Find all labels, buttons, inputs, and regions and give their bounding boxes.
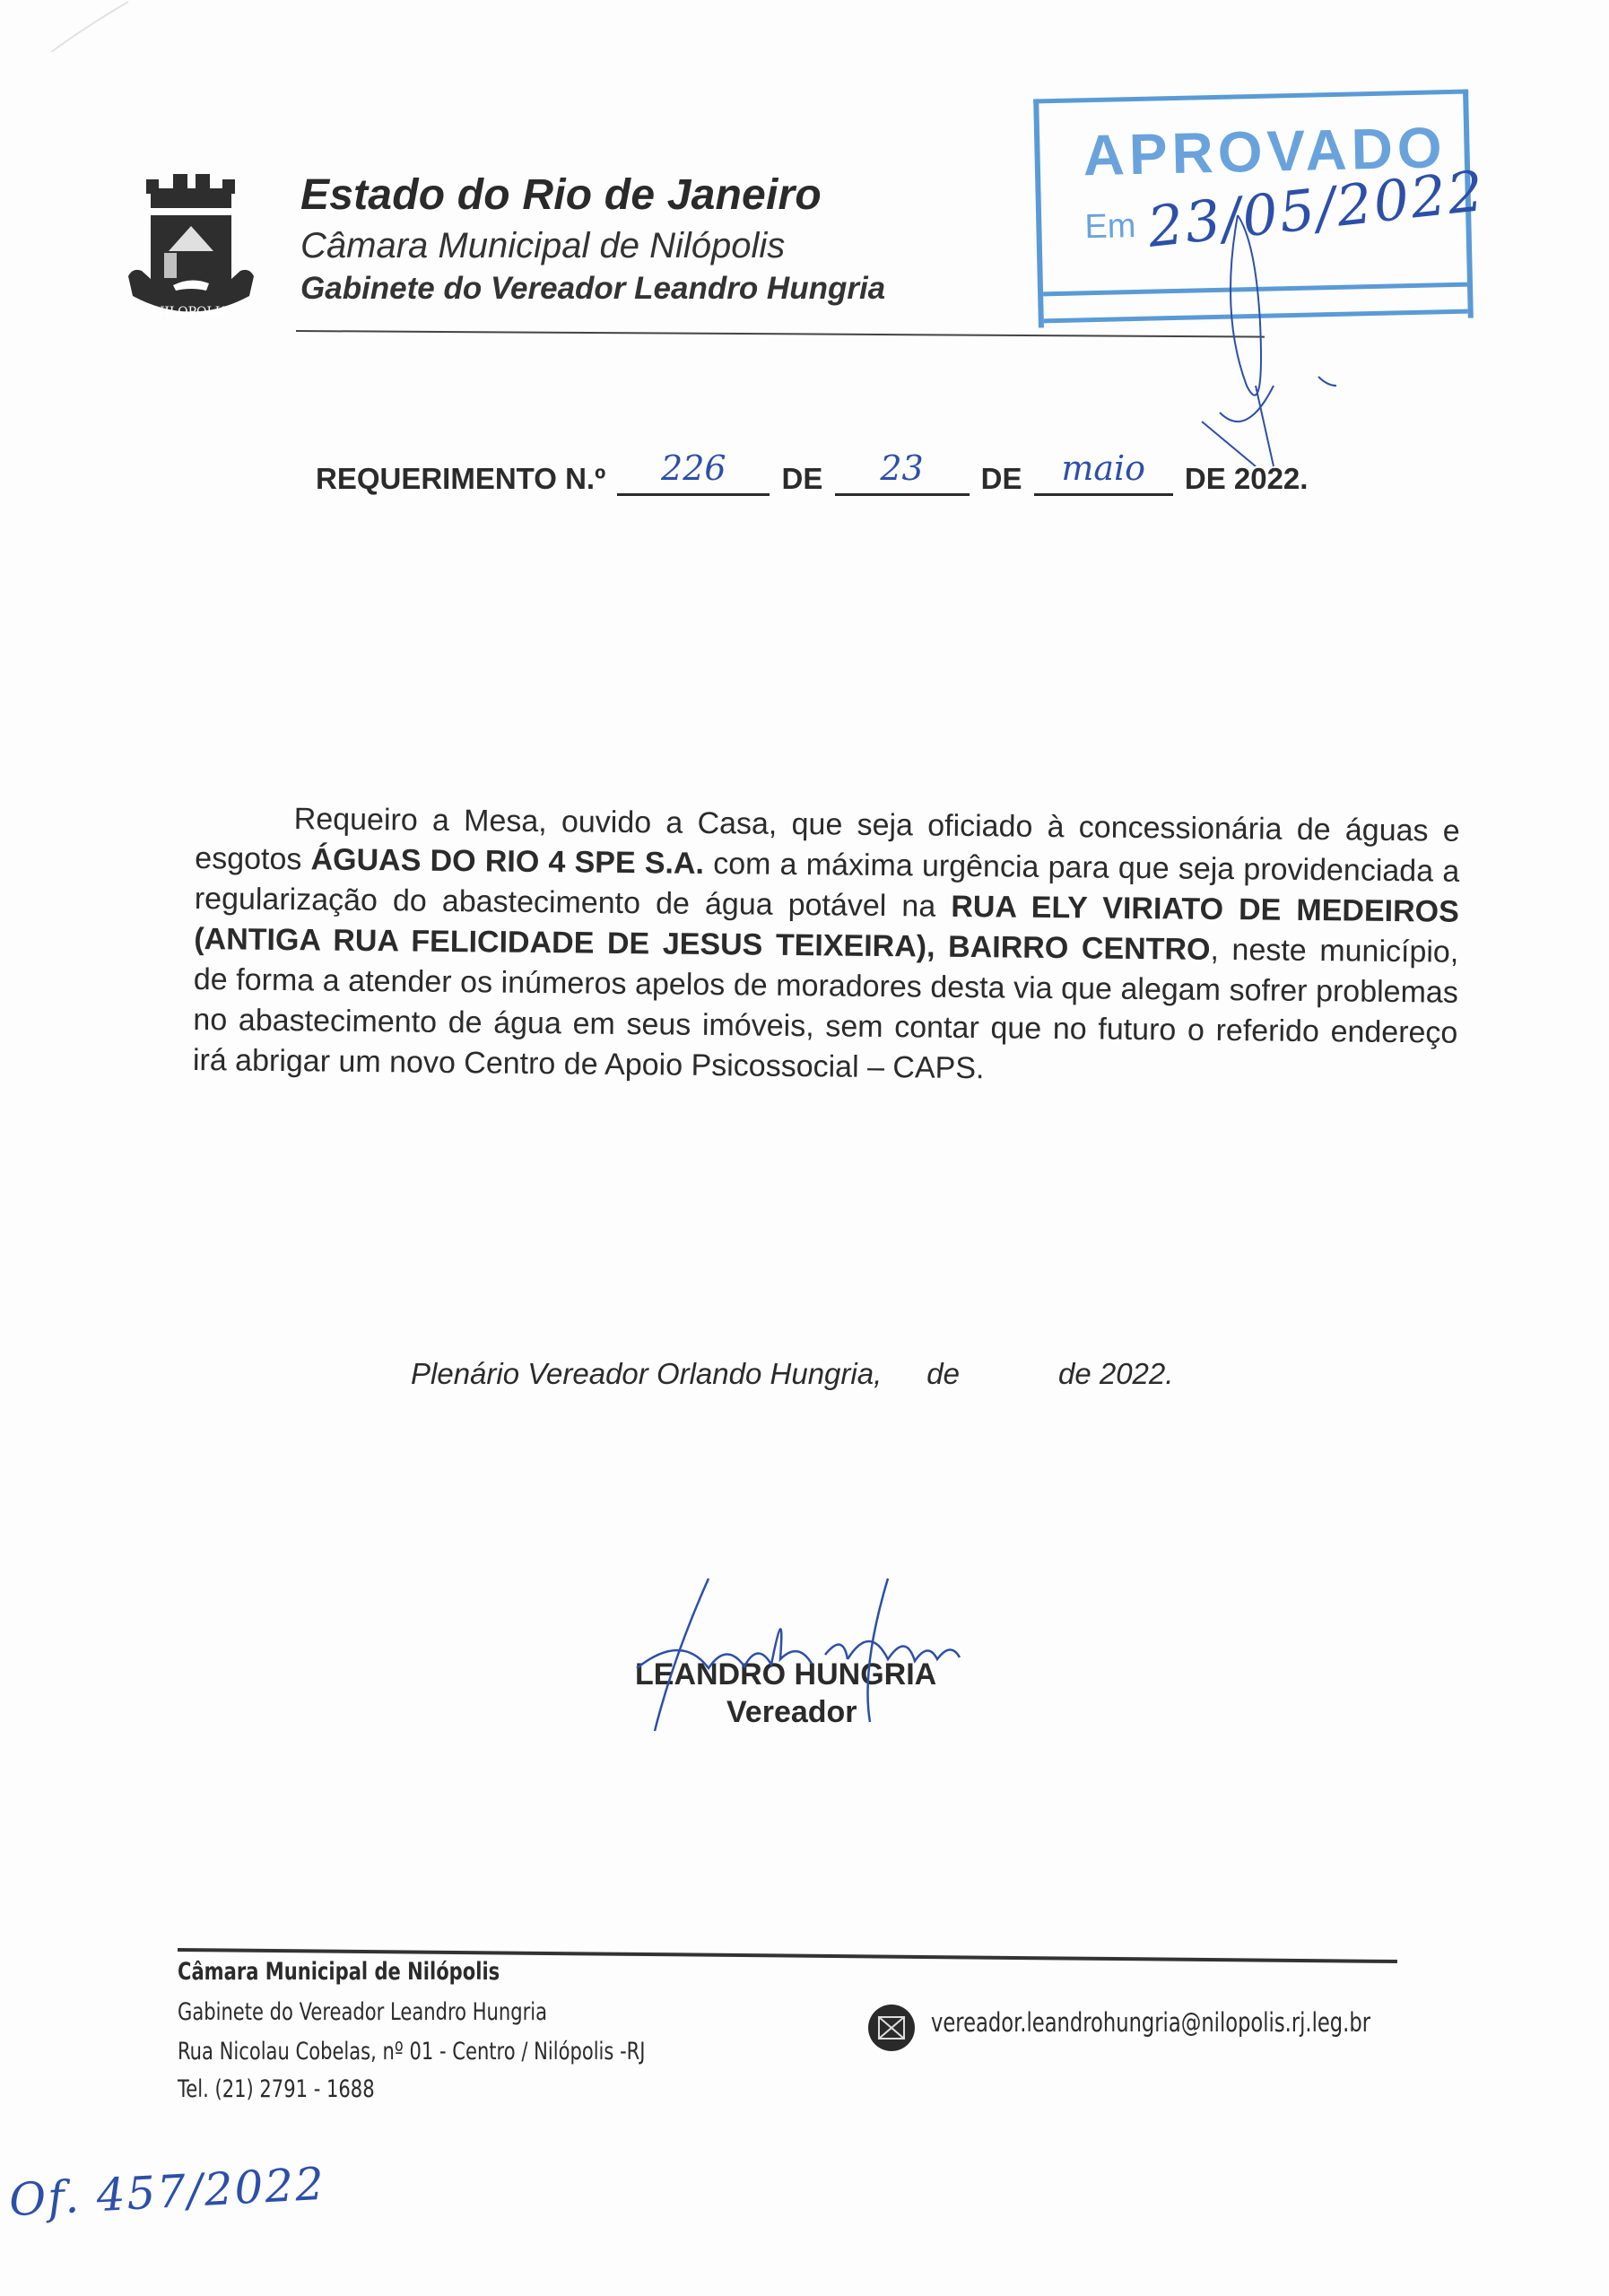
closing-place: Plenário Vereador Orlando Hungria, (411, 1357, 882, 1391)
mail-icon (868, 2005, 915, 2051)
header-office: Gabinete do Vereador Leandro Hungria (300, 271, 885, 307)
footer-office: Gabinete do Vereador Leandro Hungria (178, 1998, 547, 2026)
request-month-field: maio (1034, 463, 1173, 496)
footer-phone: Tel. (21) 2791 - 1688 (178, 2075, 375, 2103)
stamp-date-prefix: Em (1084, 207, 1136, 247)
oficio-annotation: Of. 457/2022 (8, 2158, 327, 2226)
request-year: DE 2022. (1185, 462, 1309, 495)
request-day: 23 (835, 448, 970, 488)
request-de-2: DE (981, 462, 1022, 495)
closing-de: de (926, 1357, 960, 1391)
footer-address: Rua Nicolau Cobelas, nº 01 - Centro / Ni… (178, 2038, 646, 2066)
closing-line: Plenário Vereador Orlando Hungria,dede 2… (411, 1357, 1173, 1391)
footer-org: Câmara Municipal de Nilópolis (178, 1958, 500, 1986)
footer-email[interactable]: vereador.leandrohungria@nilopolis.rj.leg… (931, 2007, 1370, 2038)
request-month: maio (1034, 448, 1173, 488)
request-de-1: DE (781, 462, 822, 495)
request-line: REQUERIMENTO N.º 226 DE 23 DE maio DE 20… (316, 462, 1308, 496)
header-divider (296, 330, 1265, 338)
request-number-field: 226 (617, 463, 770, 496)
scan-mark (49, 0, 130, 54)
closing-year: de 2022. (1058, 1357, 1173, 1391)
svg-text:NILOPOLIS: NILOPOLIS (153, 305, 229, 319)
header-state: Estado do Rio de Janeiro (300, 170, 822, 220)
request-label: REQUERIMENTO N.º (316, 462, 605, 495)
company-name: ÁGUAS DO RIO 4 SPE S.A. (310, 842, 704, 881)
request-body: Requeiro a Mesa, ouvido a Casa, que seja… (193, 798, 1460, 1094)
request-number: 226 (617, 448, 770, 488)
header-chamber: Câmara Municipal de Nilópolis (300, 226, 785, 266)
request-day-field: 23 (835, 463, 970, 496)
handwritten-signature (619, 1561, 978, 1740)
municipal-crest-icon: NILOPOLIS (124, 170, 258, 332)
stamp-initials-signature (1184, 206, 1363, 466)
